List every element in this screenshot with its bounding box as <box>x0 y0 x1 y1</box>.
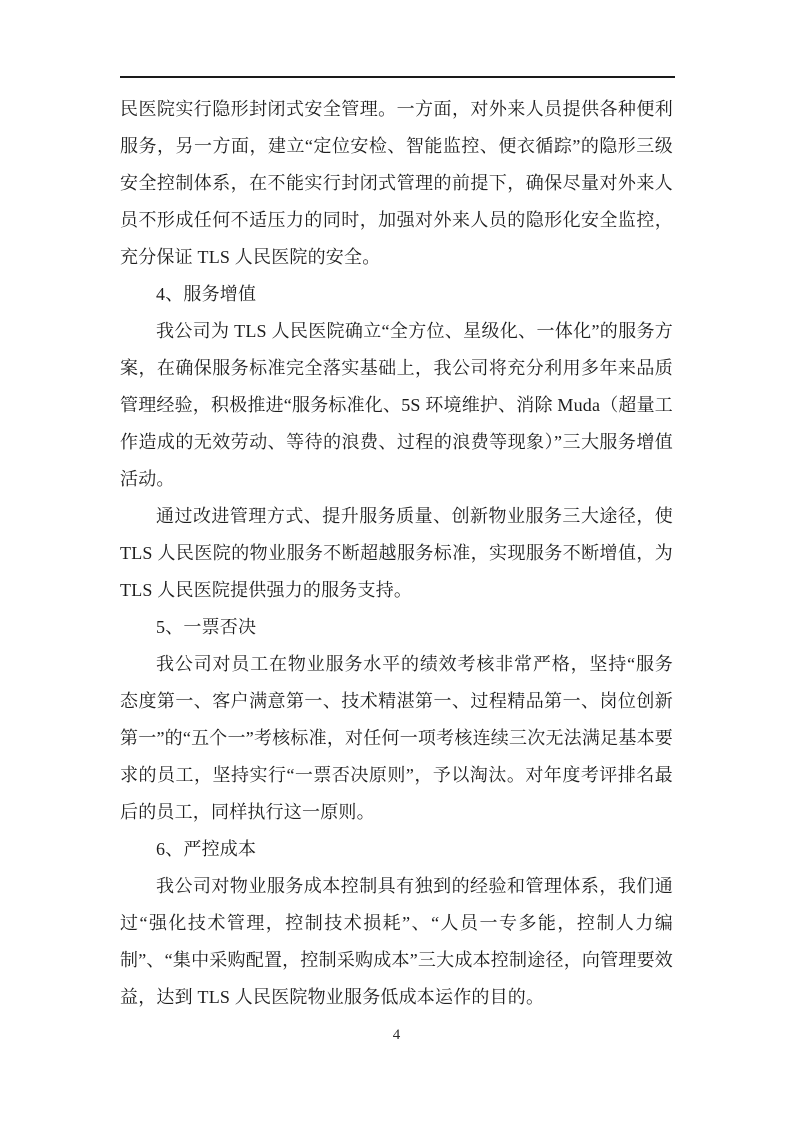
section-heading-4-service-value: 4、服务增值 <box>120 276 673 313</box>
body-paragraph-performance-assessment: 我公司对员工在物业服务水平的绩效考核非常严格，坚持“服务态度第一、客户满意第一、… <box>120 646 673 831</box>
body-paragraph-service-improvement: 通过改进管理方式、提升服务质量、创新物业服务三大途径，使 TLS 人民医院的物业… <box>120 498 673 609</box>
body-paragraph-cost-control: 我公司对物业服务成本控制具有独到的经验和管理体系，我们通过“强化技术管理，控制技… <box>120 868 673 1016</box>
document-page: 民医院实行隐形封闭式安全管理。一方面，对外来人员提供各种便利服务，另一方面，建立… <box>0 0 793 1122</box>
body-paragraph-service-plan: 我公司为 TLS 人民医院确立“全方位、星级化、一体化”的服务方案，在确保服务标… <box>120 313 673 498</box>
section-heading-5-one-vote-veto: 5、一票否决 <box>120 609 673 646</box>
document-body: 民医院实行隐形封闭式安全管理。一方面，对外来人员提供各种便利服务，另一方面，建立… <box>120 91 673 1016</box>
body-paragraph-security-continuation: 民医院实行隐形封闭式安全管理。一方面，对外来人员提供各种便利服务，另一方面，建立… <box>120 91 673 276</box>
header-rule <box>120 76 675 78</box>
page-number: 4 <box>0 1022 793 1048</box>
section-heading-6-cost-control: 6、严控成本 <box>120 831 673 868</box>
